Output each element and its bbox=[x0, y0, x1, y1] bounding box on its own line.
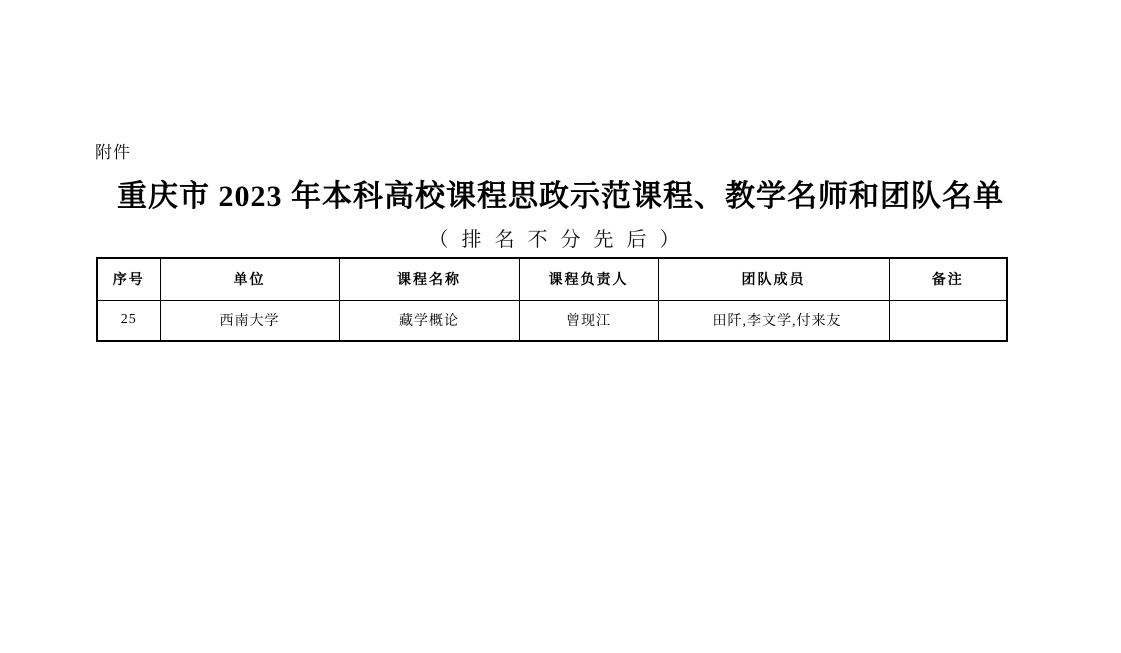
cell-unit: 西南大学 bbox=[160, 300, 339, 341]
col-header-seq: 序号 bbox=[97, 258, 160, 300]
cell-leader: 曾现江 bbox=[519, 300, 658, 341]
table-row: 25 西南大学 藏学概论 曾现江 田阡,李文学,付来友 bbox=[97, 300, 1007, 341]
document-page: 附件 重庆市 2023 年本科高校课程思政示范课程、教学名师和团队名单 （排名不… bbox=[0, 0, 1121, 653]
document-subtitle: （排名不分先后） bbox=[0, 223, 1121, 252]
col-header-unit: 单位 bbox=[160, 258, 339, 300]
document-title: 重庆市 2023 年本科高校课程思政示范课程、教学名师和团队名单 bbox=[0, 171, 1121, 215]
course-list-table: 序号 单位 课程名称 课程负责人 团队成员 备注 25 西南大学 藏学概论 曾现… bbox=[96, 257, 1008, 342]
col-header-leader: 课程负责人 bbox=[519, 258, 658, 300]
cell-note bbox=[889, 300, 1007, 341]
attachment-label: 附件 bbox=[95, 138, 131, 163]
table-header-row: 序号 单位 课程名称 课程负责人 团队成员 备注 bbox=[97, 258, 1007, 300]
col-header-team: 团队成员 bbox=[658, 258, 889, 300]
cell-course: 藏学概论 bbox=[339, 300, 519, 341]
cell-team: 田阡,李文学,付来友 bbox=[658, 300, 889, 341]
col-header-note: 备注 bbox=[889, 258, 1007, 300]
col-header-course: 课程名称 bbox=[339, 258, 519, 300]
cell-seq: 25 bbox=[97, 300, 160, 341]
